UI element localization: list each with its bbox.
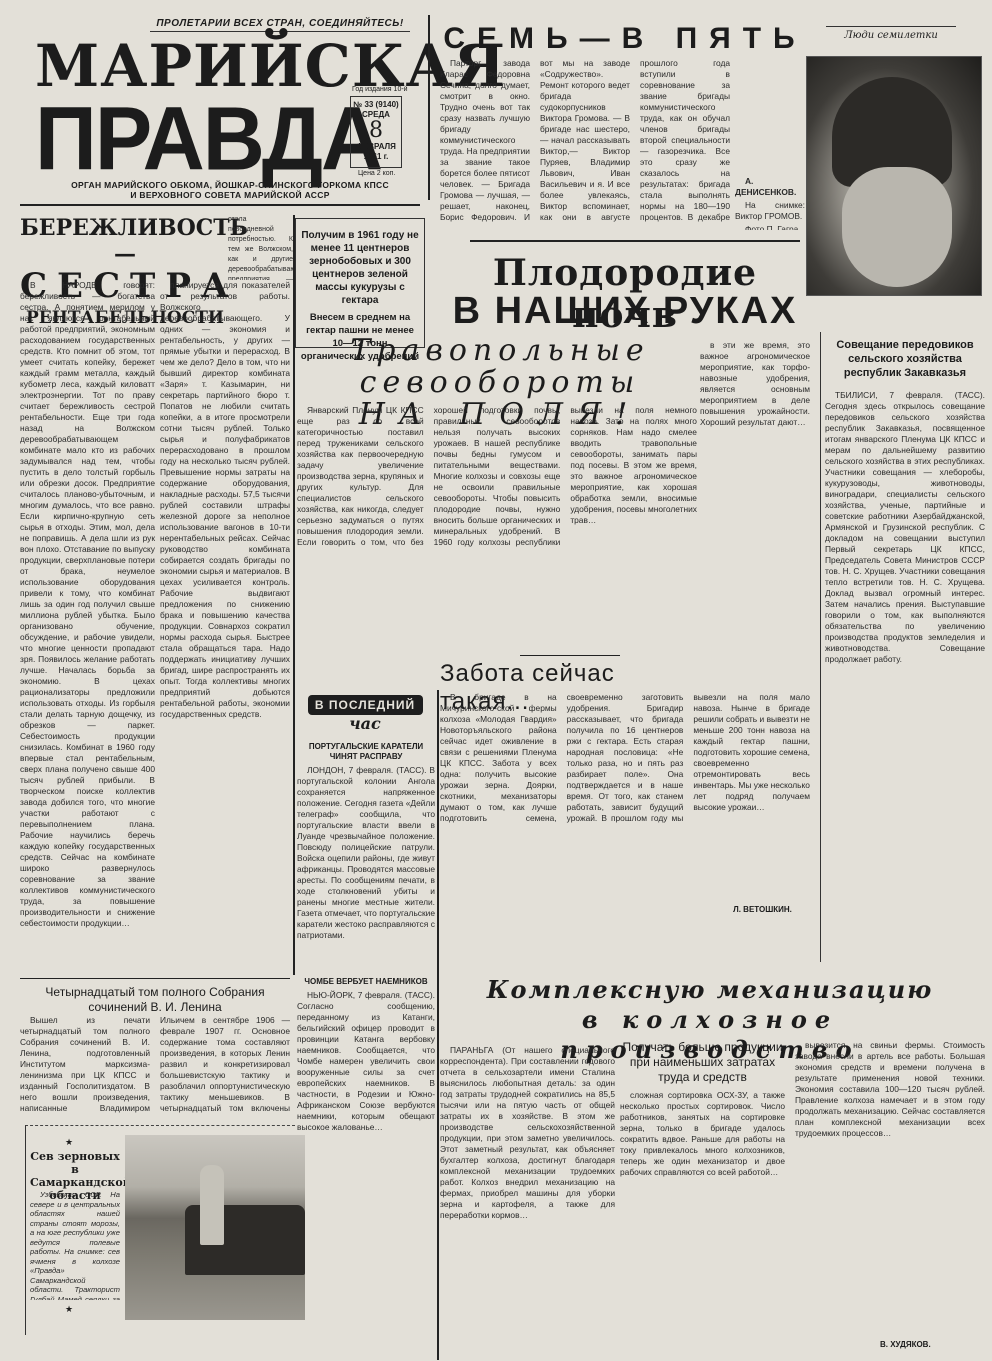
news-headline-portugal: ПОРТУГАЛЬСКИЕ КАРАТЕЛИ ЧИНЯТ РАСПРАВУ [297, 742, 435, 762]
organ-line: ОРГАН МАРИЙСКОГО ОБКОМА, ЙОШКАР-ОЛИНСКОГ… [40, 180, 420, 200]
subtitle-line: Травопольные севообороты [300, 335, 700, 399]
masthead-rule [20, 204, 420, 206]
issue-year: 1961 г. [351, 152, 401, 162]
news-body-portugal: ЛОНДОН, 7 февраля. (ТАСС). В португальск… [297, 765, 435, 970]
sowing-photo [125, 1135, 305, 1320]
article-body-kompleksnaya-left: ПАРАНЬГА (От нашего специального корресп… [440, 1045, 615, 1355]
article-body-soveshchanie: ТБИЛИСИ, 7 февраля. (ТАСС). Сегодня здес… [825, 390, 985, 960]
article-title-plodorodie-2: В НАШИХ РУКАХ [440, 290, 810, 333]
newspaper-title-line1: МАРИЙСКАЯ [35, 36, 506, 96]
photo-feature-text: Узбекская ССР. На севере и в центральных… [30, 1190, 120, 1300]
article-text: Январский Пленум ЦК КПСС еще раз со всей… [297, 405, 697, 548]
article-text: планируется для показателей от результат… [160, 280, 290, 720]
title-line: сочинений В. И. Ленина [20, 1000, 290, 1015]
star-icon: ★ [65, 1138, 73, 1148]
column-divider [437, 690, 439, 1360]
subhead-line: труда и средств [620, 1070, 785, 1085]
article-text: Узбекская ССР. На севере и в центральных… [30, 1190, 120, 1300]
article-text: ТБИЛИСИ, 7 февраля. (ТАСС). Сегодня здес… [825, 390, 985, 665]
portrait-photo [806, 56, 982, 296]
photo-credit: Фото П. Гагра. [735, 224, 805, 230]
article-text: НЬЮ-ЙОРК, 7 февраля. (ТАСС). Согласно со… [297, 990, 435, 1133]
article-text: В НАРОДЕ говорят: бережливость — богатст… [20, 280, 155, 929]
article-body-berezhlivost-col2: планируется для показателей от результат… [160, 280, 290, 970]
organ-line-1: ОРГАН МАРИЙСКОГО ОБКОМА, ЙОШКАР-ОЛИНСКОГ… [40, 180, 420, 190]
article-text: В бригаде в на Мичуринского-ской фермы к… [440, 692, 810, 824]
column-divider [428, 15, 430, 200]
badge-top: В ПОСЛЕДНИЙ [308, 695, 423, 715]
article-body-kompleksnaya-mid: сложная сортировка ОСХ-3У, а также неско… [620, 1090, 785, 1355]
section-rule [520, 655, 620, 656]
title-line: Четырнадцатый том полного Собрания [20, 985, 290, 1000]
article-text: ПАРАНЬГА (От нашего специального корресп… [440, 1045, 615, 1221]
article-body-kompleksnaya-right: вывозится на свиньи фермы. Стоимость зав… [795, 1040, 985, 1310]
article-body-zabota: В бригаде в на Мичуринского-ской фермы к… [440, 692, 810, 962]
article-text: ЛОНДОН, 7 февраля. (ТАСС). В португальск… [297, 765, 435, 941]
latest-news-badge: В ПОСЛЕДНИЙ час [295, 695, 435, 739]
section-heading-people: Люди семилетки [826, 26, 956, 41]
section-rule [470, 240, 800, 242]
photo-face-shape [842, 167, 952, 287]
article-body-berezhlivost: В НАРОДЕ говорят: бережливость — богатст… [20, 280, 155, 970]
article-text: вывозится на свиньи фермы. Стоимость зав… [795, 1040, 985, 1139]
article-title-soveshchanie: Совещание передовиков сельского хозяйств… [825, 338, 985, 380]
section-rule [20, 978, 290, 979]
price: Цена 2 коп. [358, 170, 395, 177]
star-icon: ★ [65, 1305, 73, 1315]
article-text: в эти же время, это важное агрономическо… [700, 340, 810, 428]
article-body-sem-v-pyat: Парторг завода Кларас Федоровна Сечина, … [440, 58, 730, 230]
badge-bottom: час [295, 715, 435, 733]
pledge-box: Получим в 1961 году не менее 11 центнеро… [295, 218, 425, 348]
masthead-slogan: ПРОЛЕТАРИИ ВСЕХ СТРАН, СОЕДИНЯЙТЕСЬ! [150, 18, 410, 32]
photo-person-shape [200, 1165, 224, 1245]
article-signature: В. ХУДЯКОВ. [880, 1340, 980, 1349]
issue-number: № 33 (9140) [351, 100, 401, 110]
issue-day: 8 [351, 120, 401, 142]
article-body-lenin: Вышел из печати четырнадцатый том полног… [20, 1015, 290, 1115]
article-side-text: стала повседневной потребностью. К тем ж… [228, 215, 293, 280]
article-signature: Л. ВЕТОШКИН. [715, 905, 810, 914]
subhead-line: при наименьших затратах [620, 1055, 785, 1070]
pledge-line: Получим в 1961 году не менее 11 центнеро… [300, 229, 420, 307]
newspaper-title-line2: ПРАВДА [35, 92, 381, 187]
article-body-plodorodie-right: в эти же время, это важное агрономическо… [700, 340, 810, 650]
photo-caption: На снимке: Виктор ГРОМОВ. [735, 200, 805, 222]
article-title-sem-v-pyat: СЕМЬ—В ПЯТЬ [440, 22, 810, 56]
article-aside-sem-v-pyat: А. ДЕНИСЕНКОВ. На снимке: Виктор ГРОМОВ.… [735, 58, 805, 230]
issue-date-box: № 33 (9140) СРЕДА 8 ФЕВРАЛЯ 1961 г. [350, 96, 402, 168]
subhead-line: Получать больше продукции [620, 1040, 785, 1055]
issue-month: ФЕВРАЛЯ [351, 142, 401, 152]
article-signature: А. ДЕНИСЕНКОВ. [735, 176, 805, 198]
article-body-plodorodie: Январский Пленум ЦК КПСС еще раз со всей… [297, 405, 697, 650]
article-text: Вышел из печати четырнадцатый том полног… [20, 1015, 290, 1115]
news-headline-chombe: ЧОМБЕ ВЕРБУЕТ НАЕМНИКОВ [297, 977, 435, 987]
year-of-issue: Год издания 10-й [352, 86, 408, 93]
article-text: Парторг завода Кларас Федоровна Сечина, … [440, 58, 730, 230]
news-body-chombe: НЬЮ-ЙОРК, 7 февраля. (ТАСС). Согласно со… [297, 990, 435, 1360]
title-line: БЕРЕЖЛИВОСТЬ — [20, 215, 230, 267]
article-text: сложная сортировка ОСХ-3У, а также неско… [620, 1090, 785, 1178]
article-title-lenin: Четырнадцатый том полного Собрания сочин… [20, 985, 290, 1015]
article-subhead-poluchat: Получать больше продукции при наименьших… [620, 1040, 785, 1085]
organ-line-2: И ВЕРХОВНОГО СОВЕТА МАРИЙСКОЙ АССР [40, 190, 420, 200]
title-line: Комплексную механизацию [440, 975, 980, 1005]
